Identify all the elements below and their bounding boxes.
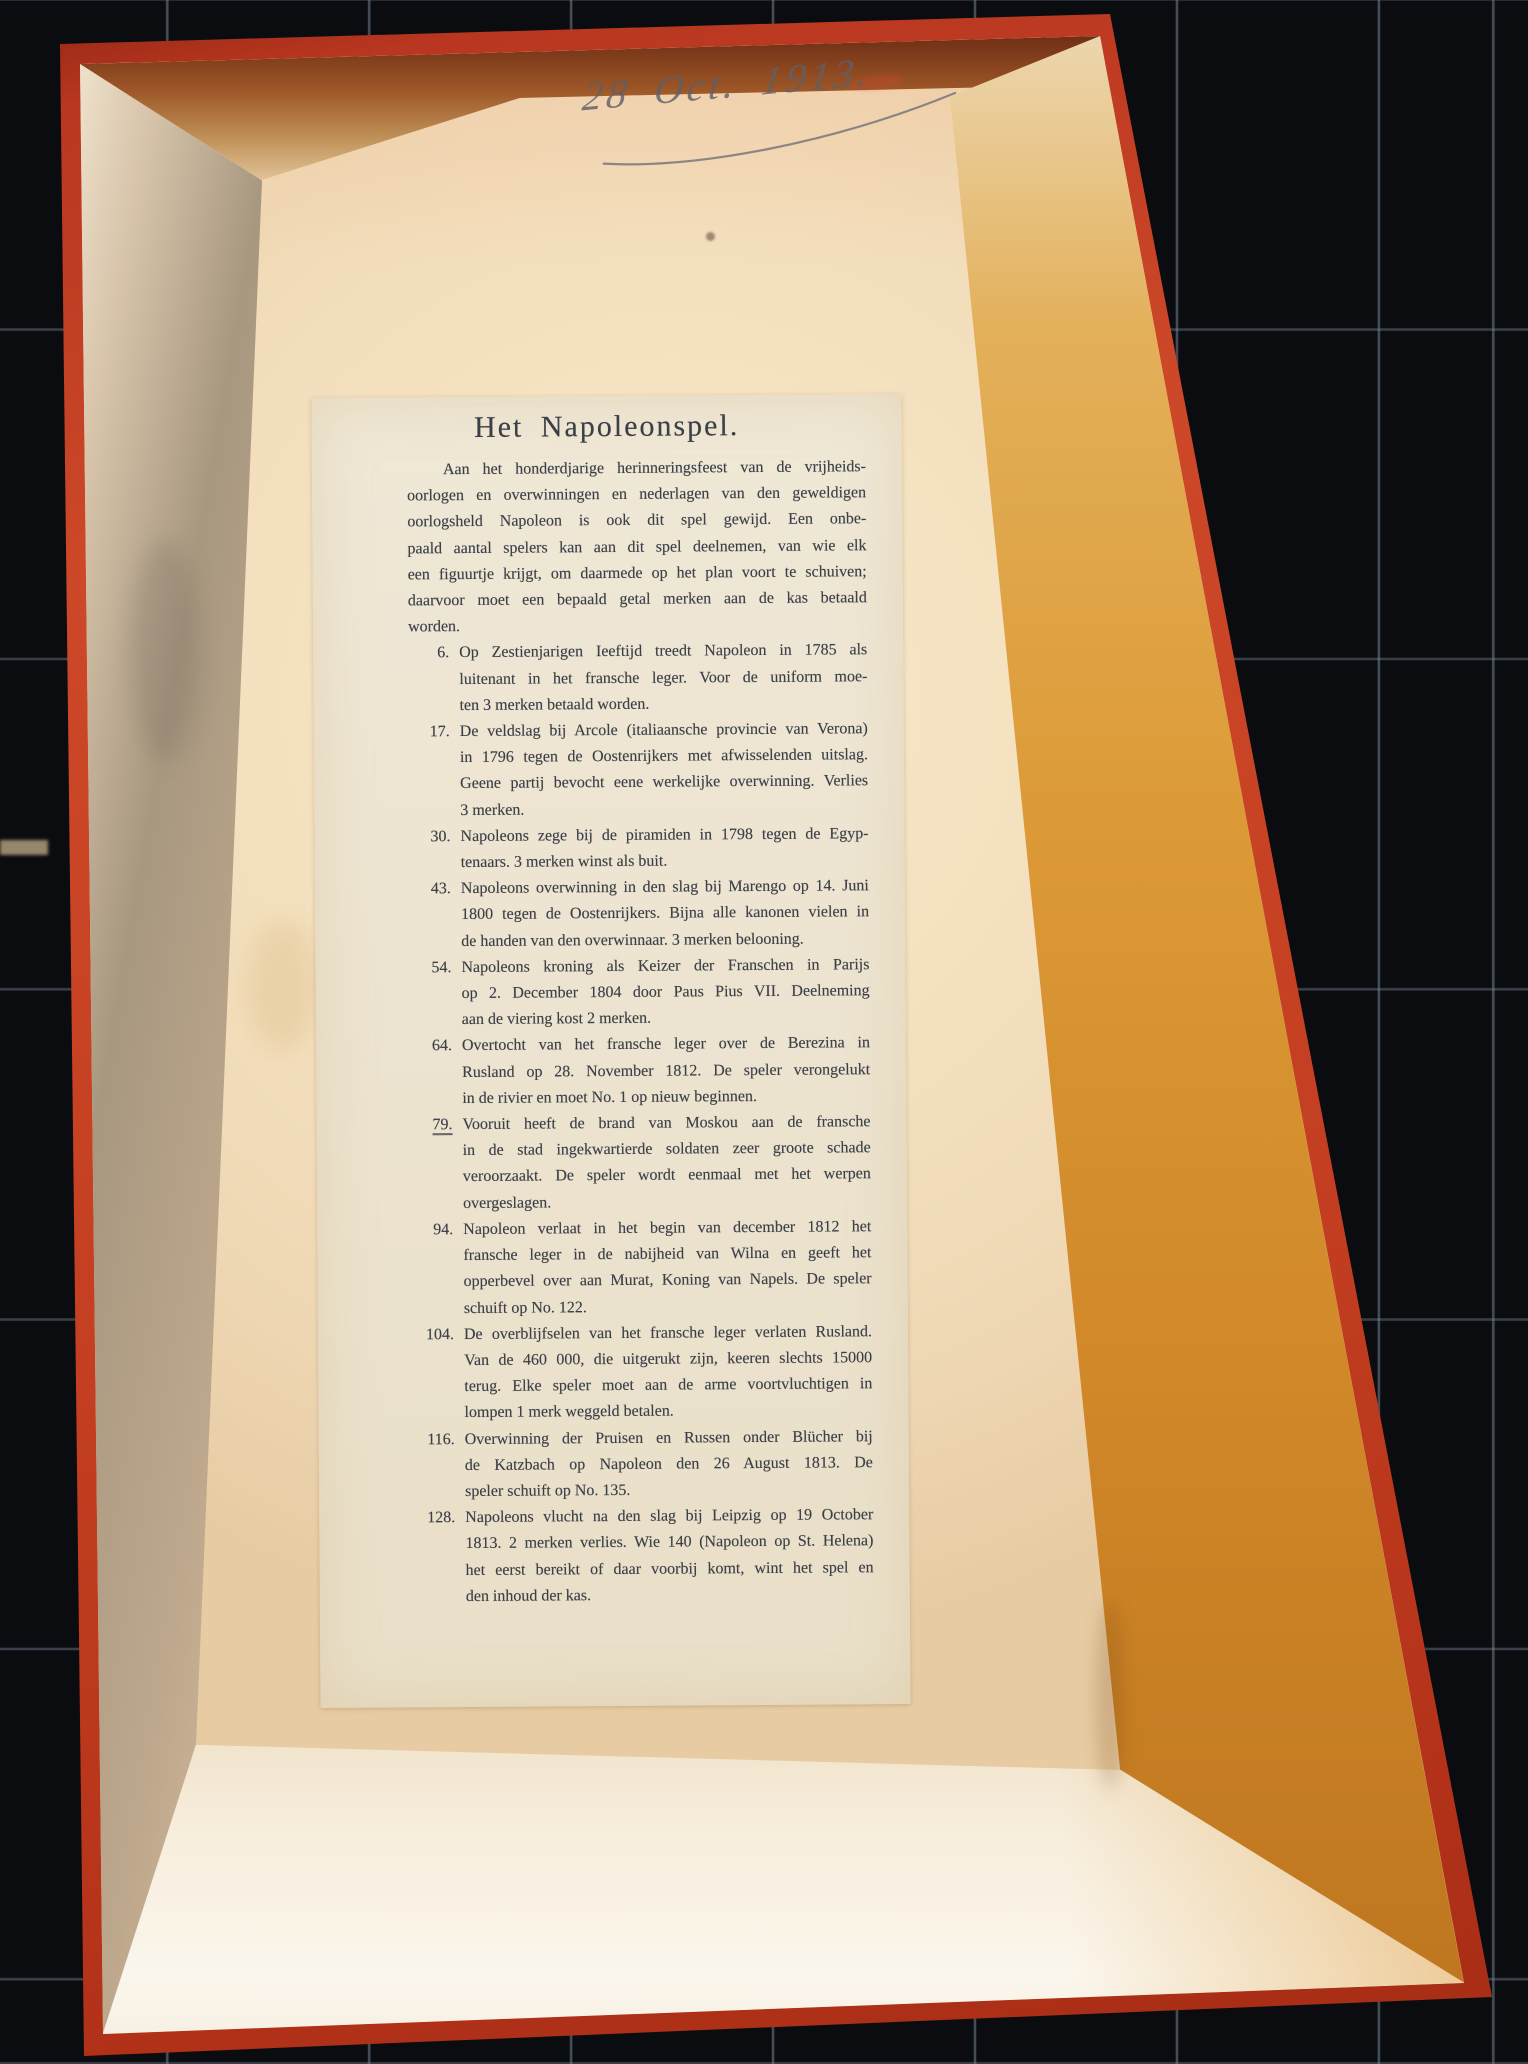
rule-line: De overblijfselen van het fransche leger…	[464, 1319, 872, 1348]
rule-line: Van de 460 000, die uitgerukt zijn, keer…	[464, 1345, 872, 1374]
rule-item: 116.Overwinning der Pruisen en Russen on…	[319, 1424, 874, 1506]
rule-line: Napoleon verlaat in het begin van decemb…	[463, 1214, 871, 1243]
rule-item: 104.De overblijfselen van het fransche l…	[318, 1319, 873, 1428]
rule-line: speler schuift op No. 135.	[465, 1476, 873, 1505]
rule-item: 17.De veldslag bij Arcole (italiaansche …	[314, 716, 869, 825]
rule-line: in de rivier en moet No. 1 op nieuw begi…	[462, 1083, 870, 1112]
rule-number: 43.	[315, 876, 451, 903]
rules-label: Het Napoleonspel. Aan het honderdjarige …	[311, 394, 910, 1708]
intro-line: Aan het honderdjarige herinneringsfeest …	[407, 454, 866, 483]
rule-line: de handen van den overwinnaar. 3 merken …	[461, 926, 869, 955]
rule-line: Rusland op 28. November 1812. De speler …	[462, 1057, 870, 1086]
rules-list: 6.Op Zestienjarigen Ieeftijd treedt Napo…	[313, 638, 874, 1611]
rule-line: Napoleons vlucht na den slag bij Leipzig…	[465, 1502, 873, 1531]
rule-item: 54.Napoleons kroning als Keizer der Fran…	[315, 952, 870, 1034]
rule-line: Op Zestienjarigen Ieeftijd treedt Napole…	[459, 638, 867, 667]
rule-number: 116.	[319, 1427, 455, 1454]
rule-line: op 2. December 1804 door Paus Pius VII. …	[462, 978, 870, 1007]
rule-line: de Katzbach op Napoleon den 26 August 18…	[465, 1450, 873, 1479]
rule-number: 6.	[313, 641, 449, 668]
intro-paragraph: Aan het honderdjarige herinneringsfeest …	[407, 454, 867, 641]
rule-line: lompen 1 merk weggeld betalen.	[464, 1397, 872, 1426]
rule-line: Vooruit heeft de brand van Moskou aan de…	[462, 1109, 870, 1138]
game-box-lid: 28 Oct. 1913. Het Napoleonspel. Aan het …	[0, 0, 1528, 2064]
rule-number: 104.	[318, 1322, 454, 1349]
rule-number: 30.	[314, 824, 450, 851]
rule-item: 94.Napoleon verlaat in het begin van dec…	[317, 1214, 872, 1323]
rule-line: 1813. 2 merken verlies. Wie 140 (Napoleo…	[465, 1529, 873, 1558]
rule-line: ten 3 merken betaald worden.	[459, 690, 867, 719]
rule-line: aan de viering kost 2 merken.	[462, 1004, 870, 1033]
rule-number: 128.	[319, 1505, 455, 1532]
rule-line: De veldslag bij Arcole (italiaansche pro…	[460, 716, 868, 745]
tile-grout-patch	[0, 840, 48, 855]
rule-number: 64.	[316, 1034, 452, 1061]
intro-line: oorlogsheld Napoleon is ook dit spel gew…	[407, 507, 866, 536]
rule-line: Overwinning der Pruisen en Russen onder …	[465, 1424, 873, 1453]
rule-line: fransche leger in de nabijheid van Wilna…	[463, 1240, 871, 1269]
rule-line: opperbevel over aan Murat, Koning van Na…	[464, 1266, 872, 1295]
rule-item: 64.Overtocht van het fransche leger over…	[316, 1031, 871, 1113]
rule-number: 54.	[315, 955, 451, 982]
rule-line: tenaars. 3 merken winst als buit.	[461, 847, 869, 876]
intro-line: een figuurtje krijgt, om daarmede op het…	[408, 559, 867, 588]
intro-line: oorlogen en overwinningen en nederlagen …	[407, 480, 866, 509]
rule-line: 3 merken.	[460, 795, 868, 824]
rule-item: 30.Napoleons zege bij de piramiden in 17…	[314, 821, 868, 877]
rule-line: schuift op No. 122.	[464, 1293, 872, 1322]
intro-line: worden.	[408, 611, 867, 640]
rule-line: den inhoud der kas.	[466, 1581, 874, 1610]
rule-line: in de stad ingekwartierde soldaten zeer …	[463, 1135, 871, 1164]
box-interior: 28 Oct. 1913. Het Napoleonspel. Aan het …	[0, 0, 1528, 2064]
rule-line: Geene partij bevocht eene werkelijke ove…	[460, 769, 868, 798]
rule-item: 79.Vooruit heeft de brand van Moskou aan…	[316, 1109, 871, 1218]
label-title: Het Napoleonspel.	[312, 406, 902, 448]
rule-number: 94.	[317, 1217, 453, 1244]
rule-line: het eerst bereikt of daar voorbij komt, …	[466, 1555, 874, 1584]
rule-line: Napoleons kroning als Keizer der Fransch…	[461, 952, 869, 981]
rule-line: Napoleons overwinning in den slag bij Ma…	[461, 873, 869, 902]
rule-line: veroorzaakt. De speler wordt eenmaal met…	[463, 1162, 871, 1191]
rule-line: overgeslagen.	[463, 1188, 871, 1217]
rule-item: 43.Napoleons overwinning in den slag bij…	[315, 873, 870, 955]
rule-line: Overtocht van het fransche leger over de…	[462, 1031, 870, 1060]
rule-line: in 1796 tegen de Oostenrijkers met afwis…	[460, 742, 868, 771]
rule-line: terug. Elke speler moet aan de arme voor…	[464, 1371, 872, 1400]
rule-line: luitenant in het fransche leger. Voor de…	[459, 664, 867, 693]
photo-background: 28 Oct. 1913. Het Napoleonspel. Aan het …	[0, 0, 1528, 2064]
rule-line: 1800 tegen de Oostenrijkers. Bijna alle …	[461, 900, 869, 929]
intro-line: daarvoor moet een bepaald getal merken a…	[408, 585, 867, 614]
rule-item: 128.Napoleons vlucht na den slag bij Lei…	[319, 1502, 874, 1611]
rule-number: 17.	[314, 719, 450, 746]
rule-line: Napoleons zege bij de piramiden in 1798 …	[460, 821, 868, 850]
intro-line: paald aantal spelers kan aan dit spel de…	[407, 533, 866, 562]
rule-item: 6.Op Zestienjarigen Ieeftijd treedt Napo…	[313, 638, 868, 720]
rule-number: 79.	[316, 1112, 452, 1139]
